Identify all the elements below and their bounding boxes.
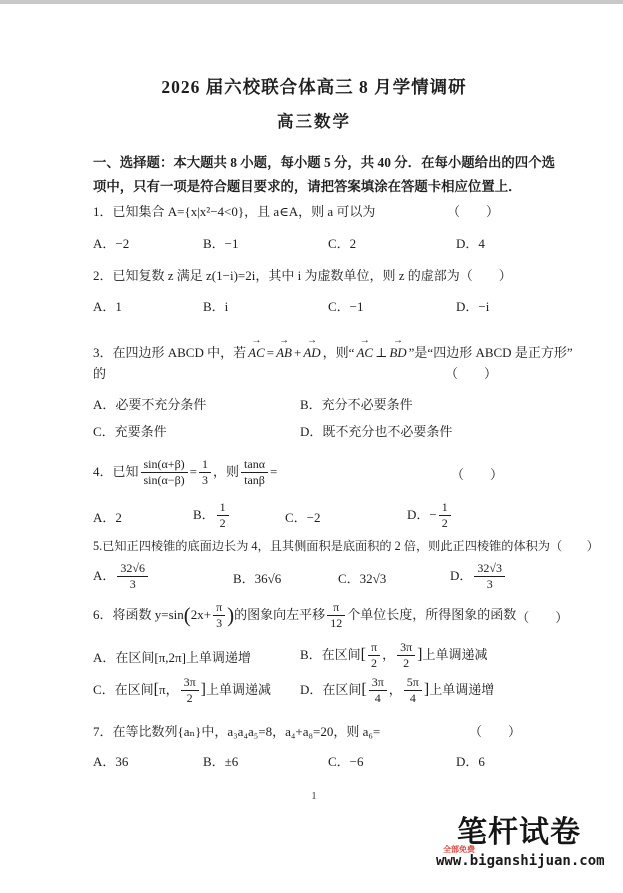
text-part: 的 [93,363,106,382]
text-part: 6．将函数 y=sin [93,607,184,622]
fraction: 13 [199,458,211,486]
left-bracket: [ [361,681,366,698]
fraction: 3π4 [369,676,387,704]
fraction: π3 [213,601,225,629]
vector-letters: BD [389,345,406,360]
option-d: D．4 [456,233,535,252]
watermark-free-badge: 全部免费 [443,844,475,855]
fraction-denominator: 3 [474,577,505,591]
right-paren: ) [227,603,234,627]
text-part: 上单调递减 [206,682,271,697]
fraction-numerator: 32√3 [474,562,505,577]
fraction-denominator: 2 [397,656,415,670]
option-c: C．在区间[π，3π2]上单调递减 [93,677,300,705]
vector-arrow-icon: → [303,336,320,346]
fraction-numerator: 32√6 [117,562,148,577]
fraction-denominator: 2 [181,691,199,705]
question-6-stem-row: 6．将函数 y=sin(2x+π3)的图象向左平移π12个单位长度，所得图象的函… [93,598,535,634]
answer-bracket: （ ） [445,363,497,382]
fraction-numerator: 1 [217,501,229,516]
vector-letters: AC [356,345,373,360]
fraction-numerator: π [368,641,380,656]
fraction-denominator: 4 [369,691,387,705]
option-d: D．32√33 [450,563,535,591]
option-a: A．−2 [93,233,203,252]
question-6-stem: 6．将函数 y=sin(2x+π3)的图象向左平移π12个单位长度，所得图象的函… [93,602,516,630]
fraction: π2 [368,641,380,669]
question-2-options: A．1 B．i C．−1 D．−i [93,296,535,315]
fraction-numerator: π [213,601,225,616]
option-c: C．32√3 [338,568,450,587]
option-b: B．±6 [203,751,328,770]
question-5-options: A．32√63 B．36√6 C．32√3 D．32√33 [93,560,535,594]
text-part: 2x+ [191,607,211,622]
option-c: C．2 [328,233,456,252]
text-part: C．在区间 [93,682,154,697]
vector-arrow-icon: → [356,336,373,346]
vector-arrow-icon: → [248,336,265,346]
answer-bracket: （ ） [460,265,512,284]
text-part: B．在区间 [300,647,361,662]
text-part: D．在区间 [300,682,361,697]
vector-ab: →AB [276,345,292,361]
question-7-stem-row: 7．在等比数列{aₙ}中，a₃a₄a₅=8，a₄+a₈=20，则 a₆= （ ） [93,721,535,740]
watermark-brand: 笔杆试卷 [457,816,622,851]
exam-paper-page: 2026 届六校联合体高三 8 月学情调研 高三数学 一、选择题：本大题共 8 … [0,0,623,893]
equals-sign: = [190,464,197,479]
fraction-denominator: sin(α−β) [141,473,188,487]
question-7-stem: 7．在等比数列{aₙ}中，a₃a₄a₅=8，a₄+a₈=20，则 a₆= [93,721,380,740]
plus-sign: + [294,345,301,360]
vector-letters: AD [303,345,320,360]
option-d: D．在区间[3π4，5π4]上单调递增 [300,677,535,705]
fraction-numerator: tanα [241,458,268,473]
question-1-stem-row: 1．已知集合 A={x|x²−4<0}，且 a∈A，则 a 可以为 （ ） [93,201,535,220]
question-1-stem: 1．已知集合 A={x|x²−4<0}，且 a∈A，则 a 可以为 [93,201,375,220]
fraction-numerator: 1 [199,458,211,473]
answer-bracket: （ ） [550,537,599,554]
text-part: 3．在四边形 ABCD 中，若 [93,345,246,360]
question-3-stem-line2: 的 （ ） [93,363,535,382]
fraction: 3π2 [397,641,415,669]
option-label: D． [450,568,472,583]
page-number: 1 [93,790,535,802]
right-bracket: ] [201,681,206,698]
left-bracket: [ [154,681,159,698]
option-d: D．6 [456,751,535,770]
fraction-denominator: 3 [199,473,211,487]
option-c: C．充要条件 [93,421,300,440]
question-6-options-row1: A．在区间[π,2π]上单调递增 B．在区间[π2，3π2]上单调递减 [93,640,535,672]
text-part: 上单调递减 [422,647,487,662]
vector-bd: →BD [389,345,406,361]
fraction-numerator: 3π [181,676,199,691]
vector-ad: →AD [303,345,320,361]
right-bracket: ] [424,681,429,698]
equals-sign: = [270,464,277,479]
question-2-stem: 2．已知复数 z 满足 z(1−i)=2i，其中 i 为虚数单位，则 z 的虚部… [93,265,460,284]
section-instructions: 一、选择题：本大题共 8 小题，每小题 5 分，共 40 分．在每小题给出的四个… [93,151,535,198]
text-part: 4．已知 [93,464,139,479]
watermark-url: www.biganshijuan.com [436,853,605,869]
question-1-options: A．−2 B．−1 C．2 D．4 [93,233,535,252]
answer-bracket: （ ） [516,607,568,626]
top-border-band [0,0,623,4]
option-b: B．−1 [203,233,328,252]
option-label: B． [193,507,215,522]
question-6-options-row2: C．在区间[π，3π2]上单调递减 D．在区间[3π4，5π4]上单调递增 [93,675,535,707]
question-3-options-row2: C．充要条件 D．既不充分也不必要条件 [93,421,535,440]
option-b: B．充分不必要条件 [300,394,535,413]
text-part: 的图象向左平移 [234,607,325,622]
text-part: ，则 [213,464,239,479]
fraction: 12 [439,501,451,529]
question-4-stem: 4．已知sin(α+β)sin(α−β)=13，则tanαtanβ= [93,459,277,487]
option-c: C．−2 [285,507,407,526]
text-part: π， [159,682,179,697]
question-4-options: A．2 B．12 C．−2 D．−12 [93,500,535,532]
option-a: A．32√63 [93,563,233,591]
fraction-denominator: 2 [368,656,380,670]
fraction-numerator: π [327,601,345,616]
vector-arrow-icon: → [276,336,292,346]
comma: ， [382,647,395,662]
fraction-denominator: 4 [404,691,422,705]
fraction: π12 [327,601,345,629]
fraction: sin(α+β)sin(α−β) [141,458,188,486]
fraction: 12 [217,501,229,529]
answer-bracket: （ ） [447,201,499,220]
exam-title: 2026 届六校联合体高三 8 月学情调研 [93,74,535,99]
fraction: 5π4 [404,676,422,704]
fraction-numerator: 1 [439,501,451,516]
fraction: tanαtanβ [241,458,268,486]
text-part: ”是“四边形 ABCD 是正方形” [409,345,573,360]
fraction-denominator: 12 [327,616,345,630]
instructions-line2: 项中，只有一项是符合题目要求的，请把答案填涂在答题卡相应位置上． [93,175,535,199]
text-part: ，则“ [323,345,355,360]
left-paren: ( [184,603,191,627]
option-b: B．12 [193,502,285,530]
option-a: A．2 [93,507,193,526]
text-part: 上单调递增 [429,682,494,697]
option-label: A． [93,568,115,583]
perpendicular-sign: ⊥ [375,345,387,360]
question-3-options-row1: A．必要不充分条件 B．充分不必要条件 [93,394,535,413]
fraction-denominator: 2 [439,516,451,530]
option-a: A．必要不充分条件 [93,394,300,413]
fraction-numerator: 5π [404,676,422,691]
option-label: D．− [407,507,437,522]
equals-sign: = [267,345,274,360]
vector-arrow-icon: → [389,336,406,346]
fraction: 32√63 [117,562,148,590]
fraction-denominator: tanβ [241,473,268,487]
vector-letters: AB [276,345,292,360]
question-4-stem-row: 4．已知sin(α+β)sin(α−β)=13，则tanαtanβ= （ ） [93,455,535,491]
option-a: A．36 [93,751,203,770]
fraction: 3π2 [181,676,199,704]
option-a: A．在区间[π,2π]上单调递增 [93,647,300,666]
watermark-url-row: 全部免费 www.biganshijuan.com [436,852,622,870]
question-5-stem-row: 5.已知正四棱锥的底面边长为 4，且其侧面积是底面积的 2 倍，则此正四棱锥的体… [93,537,535,554]
fraction-denominator: 3 [213,616,225,630]
option-d: D．−12 [407,502,535,530]
option-c: C．−1 [328,296,456,315]
fraction-numerator: sin(α+β) [141,458,188,473]
text-part: 个单位长度，所得图象的函数 [347,607,516,622]
comma: ， [389,682,402,697]
right-bracket: ] [417,646,422,663]
vector-letters: AC [248,345,265,360]
question-3-stem-line1: 3．在四边形 ABCD 中，若→AC=→AB+→AD，则“→AC⊥→BD”是“四… [93,342,535,361]
fraction-numerator: 3π [369,676,387,691]
option-b: B．36√6 [233,568,338,587]
answer-bracket: （ ） [451,464,503,483]
option-b: B．i [203,296,328,315]
fraction-denominator: 2 [217,516,229,530]
option-a: A．1 [93,296,203,315]
fraction-denominator: 3 [117,577,148,591]
answer-bracket: （ ） [469,721,521,740]
vector-ac: →AC [248,345,265,361]
question-7-options: A．36 B．±6 C．−6 D．6 [93,751,535,770]
option-b: B．在区间[π2，3π2]上单调递减 [300,642,535,670]
fraction-numerator: 3π [397,641,415,656]
watermark-logo: 笔杆试卷 全部免费 www.biganshijuan.com [436,816,622,870]
vector-ac: →AC [356,345,373,361]
question-2-stem-row: 2．已知复数 z 满足 z(1−i)=2i，其中 i 为虚数单位，则 z 的虚部… [93,265,535,284]
left-bracket: [ [361,646,366,663]
option-d: D．−i [456,296,535,315]
exam-subtitle: 高三数学 [93,108,535,132]
fraction: 32√33 [474,562,505,590]
instructions-line1: 一、选择题：本大题共 8 小题，每小题 5 分，共 40 分．在每小题给出的四个… [93,151,535,175]
question-5-stem: 5.已知正四棱锥的底面边长为 4，且其侧面积是底面积的 2 倍，则此正四棱锥的体… [93,537,550,554]
option-d: D．既不充分也不必要条件 [300,421,535,440]
option-c: C．−6 [328,751,456,770]
